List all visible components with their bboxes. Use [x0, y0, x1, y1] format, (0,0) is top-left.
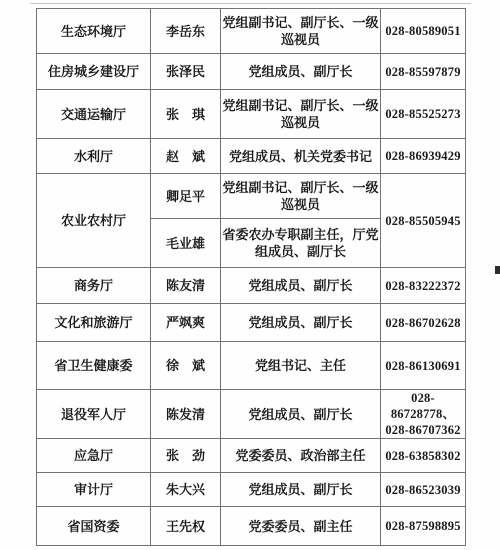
- department-contact-table: 生态环境厅 李岳东 党组副书记、副厅长、一级巡视员 028-80589051 住…: [36, 8, 466, 546]
- person-name-cell: 毛业雄: [151, 219, 221, 268]
- person-name-cell: 卿足平: [151, 174, 221, 219]
- department-cell-merged: 农业农村厅: [37, 174, 151, 268]
- table-row: 商务厅 陈友清 党组成员、副厅长 028-83222372: [37, 268, 466, 304]
- position-cell: 党委委员、副主任: [221, 507, 381, 546]
- table-row: 审计厅 朱大兴 党组成员、副厅长 028-86523039: [37, 473, 466, 507]
- person-name-cell: 张 劲: [151, 439, 221, 473]
- department-cell: 审计厅: [37, 473, 151, 507]
- department-cell: 商务厅: [37, 268, 151, 304]
- department-cell: 退役军人厅: [37, 390, 151, 439]
- table-row: 生态环境厅 李岳东 党组副书记、副厅长、一级巡视员 028-80589051: [37, 9, 466, 54]
- phone-cell: 028-80589051: [381, 9, 466, 54]
- person-name-cell: 张泽民: [151, 54, 221, 90]
- phone-cell: 028-83222372: [381, 268, 466, 304]
- department-cell: 应急厅: [37, 439, 151, 473]
- department-cell: 交通运输厅: [37, 90, 151, 139]
- table-row: 交通运输厅 张 琪 党组副书记、副厅长、一级巡视员 028-85525273: [37, 90, 466, 139]
- person-name-cell: 张 琪: [151, 90, 221, 139]
- position-cell: 党组成员、机关党委书记: [221, 139, 381, 174]
- department-cell: 文化和旅游厅: [37, 304, 151, 342]
- position-cell: 党组书记、主任: [221, 342, 381, 390]
- phone-cell: 028-87598895: [381, 507, 466, 546]
- position-cell: 党组成员、副厅长: [221, 54, 381, 90]
- table-row: 退役军人厅 陈发清 党组成员、副厅长 028-86728778、 028-867…: [37, 390, 466, 439]
- person-name-cell: 陈发清: [151, 390, 221, 439]
- table-row: 农业农村厅 卿足平 党组副书记、副厅长、一级巡视员 028-85505945: [37, 174, 466, 219]
- table-row: 水利厅 赵 斌 党组成员、机关党委书记 028-86939429: [37, 139, 466, 174]
- department-cell: 省卫生健康委: [37, 342, 151, 390]
- phone-cell: 028-86939429: [381, 139, 466, 174]
- department-cell: 水利厅: [37, 139, 151, 174]
- phone-cell: 028-85597879: [381, 54, 466, 90]
- table-row: 文化和旅游厅 严飒爽 党组成员、副厅长 028-86702628: [37, 304, 466, 342]
- department-cell: 生态环境厅: [37, 9, 151, 54]
- table-row: 省卫生健康委 徐 斌 党组书记、主任 028-86130691: [37, 342, 466, 390]
- table-row: 省国资委 王先权 党委委员、副主任 028-87598895: [37, 507, 466, 546]
- position-cell: 党组副书记、副厅长、一级巡视员: [221, 9, 381, 54]
- person-name-cell: 王先权: [151, 507, 221, 546]
- position-cell: 党组成员、副厅长: [221, 390, 381, 439]
- position-cell: 党组副书记、副厅长、一级巡视员: [221, 174, 381, 219]
- person-name-cell: 徐 斌: [151, 342, 221, 390]
- phone-line-2: 028-86707362: [383, 422, 463, 438]
- edge-artifact-dot: [495, 266, 500, 274]
- phone-cell-merged: 028-85505945: [381, 174, 466, 268]
- department-cell: 住房城乡建设厅: [37, 54, 151, 90]
- department-cell: 省国资委: [37, 507, 151, 546]
- person-name-cell: 严飒爽: [151, 304, 221, 342]
- table-row: 住房城乡建设厅 张泽民 党组成员、副厅长 028-85597879: [37, 54, 466, 90]
- position-cell: 党组成员、副厅长: [221, 304, 381, 342]
- person-name-cell: 朱大兴: [151, 473, 221, 507]
- phone-line-1: 028-86728778、: [383, 390, 463, 422]
- phone-cell-two-numbers: 028-86728778、 028-86707362: [381, 390, 466, 439]
- person-name-cell: 赵 斌: [151, 139, 221, 174]
- phone-cell: 028-86523039: [381, 473, 466, 507]
- phone-cell: 028-63858302: [381, 439, 466, 473]
- phone-cell: 028-86702628: [381, 304, 466, 342]
- person-name-cell: 陈友清: [151, 268, 221, 304]
- position-cell: 党组成员、副厅长: [221, 473, 381, 507]
- position-cell: 党委委员、政治部主任: [221, 439, 381, 473]
- phone-cell: 028-85525273: [381, 90, 466, 139]
- position-cell: 党组副书记、副厅长、一级巡视员: [221, 90, 381, 139]
- table-row: 应急厅 张 劲 党委委员、政治部主任 028-63858302: [37, 439, 466, 473]
- position-cell: 省委农办专职副主任，厅党组成员、副厅长: [221, 219, 381, 268]
- top-divider-rule: [30, 3, 471, 4]
- page: { "meta": { "background_color": "#fefefe…: [0, 0, 500, 550]
- person-name-cell: 李岳东: [151, 9, 221, 54]
- phone-cell: 028-86130691: [381, 342, 466, 390]
- position-cell: 党组成员、副厅长: [221, 268, 381, 304]
